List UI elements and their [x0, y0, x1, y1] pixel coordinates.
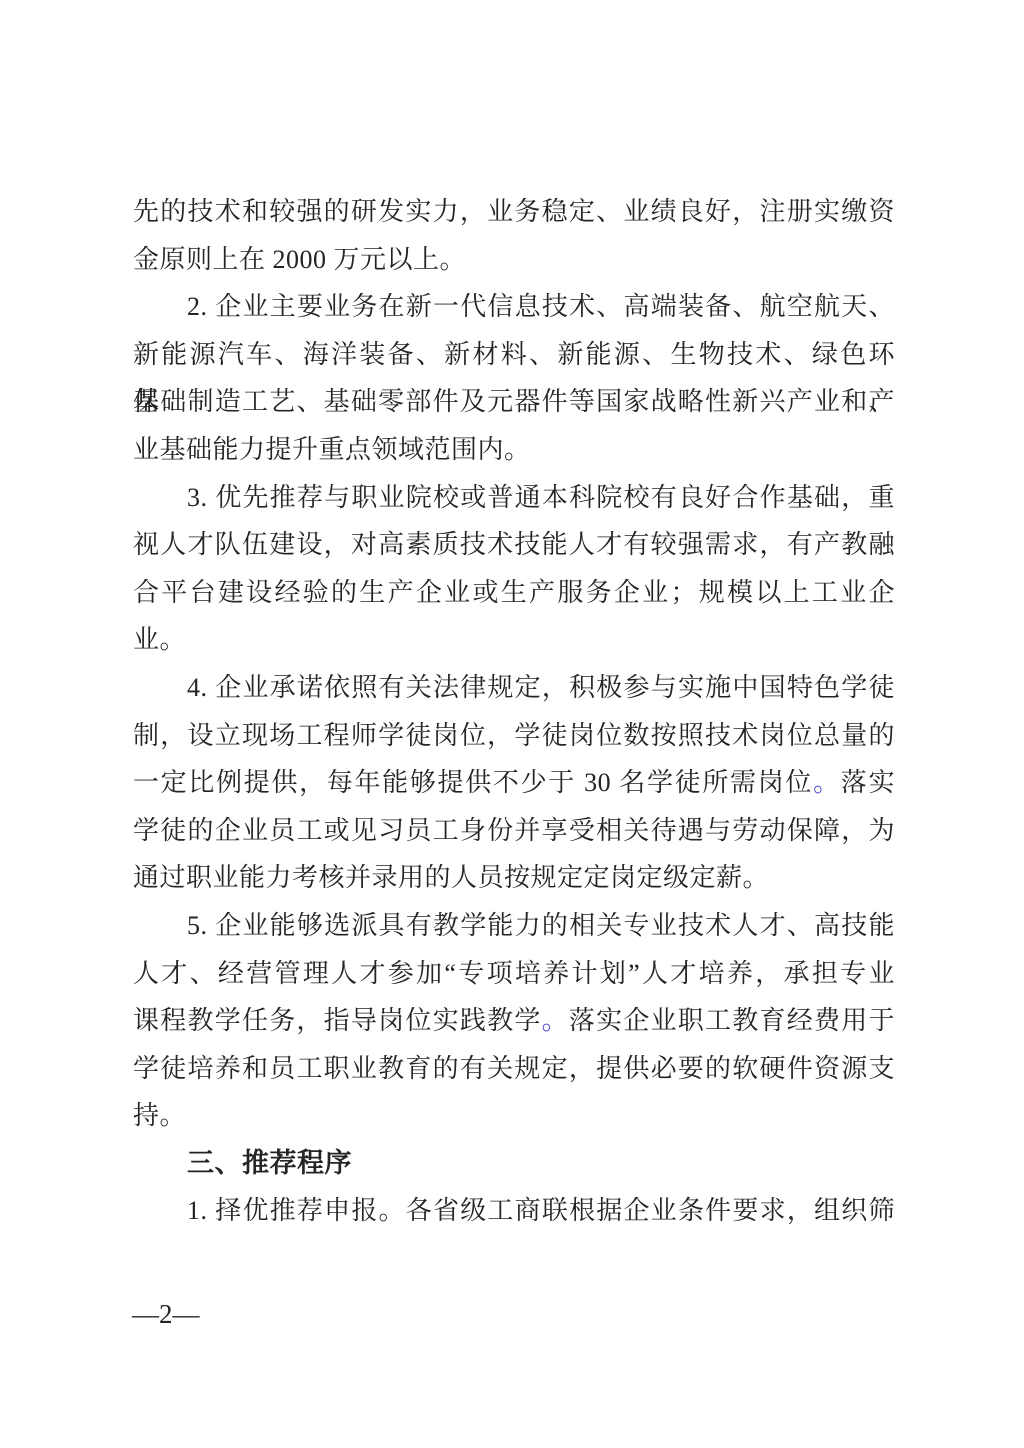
- text-run: 4. 企业承诺依照有关法律规定，积极参与实施中国特色学徒: [187, 673, 895, 702]
- paragraph-line: 先的技术和较强的研发实力，业务稳定、业绩良好，注册实缴资: [133, 188, 895, 236]
- text-run: 人才、经营管理人才参加“专项培养计划”人才培养，承担专业: [133, 959, 895, 988]
- paragraph-line: 人才、经营管理人才参加“专项培养计划”人才培养，承担专业: [133, 950, 895, 998]
- text-run: 1. 择优推荐申报。各省级工商联根据企业条件要求，组织筛: [187, 1196, 895, 1225]
- text-run: 一定比例提供，每年能够提供不少于 30 名学徒所需岗位: [133, 768, 813, 797]
- text-run: 2. 企业主要业务在新一代信息技术、高端装备、航空航天、: [187, 292, 895, 321]
- text-run: 落实企业职工教育经费用于: [569, 1006, 895, 1035]
- paragraph-line: 课程教学任务，指导岗位实践教学。落实企业职工教育经费用于: [133, 997, 895, 1045]
- document-body: 先的技术和较强的研发实力，业务稳定、业绩良好，注册实缴资金原则上在 2000 万…: [133, 188, 895, 1235]
- text-run: 制，设立现场工程师学徒岗位，学徒岗位数按照技术岗位总量的: [133, 721, 895, 750]
- paragraph-line: 学徒培养和员工职业教育的有关规定，提供必要的软硬件资源支: [133, 1045, 895, 1093]
- paragraph-line: 通过职业能力考核并录用的人员按规定定岗定级定薪。: [133, 854, 895, 902]
- text-run: 课程教学任务，指导岗位实践教学: [133, 1006, 542, 1035]
- paragraph-line: 2. 企业主要业务在新一代信息技术、高端装备、航空航天、: [133, 283, 895, 331]
- text-run: 5. 企业能够选派具有教学能力的相关专业技术人才、高技能: [187, 911, 895, 940]
- paragraph-line: 一定比例提供，每年能够提供不少于 30 名学徒所需岗位。落实: [133, 759, 895, 807]
- highlighted-punctuation: 。: [542, 1006, 569, 1035]
- paragraph-line: 持。: [133, 1092, 895, 1140]
- text-run: 持。: [133, 1101, 186, 1130]
- text-run: 3. 优先推荐与职业院校或普通本科院校有良好合作基础，重: [187, 483, 895, 512]
- paragraph-line: 学徒的企业员工或见习员工身份并享受相关待遇与劳动保障，为: [133, 807, 895, 855]
- text-run: 业基础能力提升重点领域范围内。: [133, 435, 531, 464]
- text-run: 视人才队伍建设，对高素质技术技能人才有较强需求，有产教融: [133, 530, 895, 559]
- text-run: 合平台建设经验的生产企业或生产服务企业；规模以上工业企: [133, 578, 895, 607]
- paragraph-line: 1. 择优推荐申报。各省级工商联根据企业条件要求，组织筛: [133, 1187, 895, 1235]
- paragraph-line: 3. 优先推荐与职业院校或普通本科院校有良好合作基础，重: [133, 474, 895, 522]
- paragraph-line: 视人才队伍建设，对高素质技术技能人才有较强需求，有产教融: [133, 521, 895, 569]
- text-run: 基础制造工艺、基础零部件及元器件等国家战略性新兴产业和产: [133, 387, 895, 416]
- paragraph-line: 基础制造工艺、基础零部件及元器件等国家战略性新兴产业和产: [133, 378, 895, 426]
- text-run: 业。: [133, 625, 186, 654]
- text-run: 金原则上在 2000 万元以上。: [133, 245, 466, 274]
- text-run: 学徒培养和员工职业教育的有关规定，提供必要的软硬件资源支: [133, 1054, 895, 1083]
- section-heading: 三、推荐程序: [133, 1140, 895, 1188]
- text-run: 三、推荐程序: [187, 1148, 352, 1178]
- paragraph-line: 业。: [133, 616, 895, 664]
- paragraph-line: 业基础能力提升重点领域范围内。: [133, 426, 895, 474]
- highlighted-punctuation: 。: [813, 768, 841, 797]
- text-run: 先的技术和较强的研发实力，业务稳定、业绩良好，注册实缴资: [133, 197, 895, 226]
- paragraph-line: 新能源汽车、海洋装备、新材料、新能源、生物技术、绿色环保、: [133, 331, 895, 379]
- paragraph-line: 金原则上在 2000 万元以上。: [133, 236, 895, 284]
- text-run: 通过职业能力考核并录用的人员按规定定岗定级定薪。: [133, 863, 769, 892]
- document-page: 先的技术和较强的研发实力，业务稳定、业绩良好，注册实缴资金原则上在 2000 万…: [0, 0, 1024, 1448]
- paragraph-line: 5. 企业能够选派具有教学能力的相关专业技术人才、高技能: [133, 902, 895, 950]
- paragraph-line: 4. 企业承诺依照有关法律规定，积极参与实施中国特色学徒: [133, 664, 895, 712]
- page-number: —2—: [132, 1290, 200, 1338]
- paragraph-line: 合平台建设经验的生产企业或生产服务企业；规模以上工业企: [133, 569, 895, 617]
- text-run: 落实: [841, 768, 895, 797]
- paragraph-line: 制，设立现场工程师学徒岗位，学徒岗位数按照技术岗位总量的: [133, 712, 895, 760]
- text-run: 学徒的企业员工或见习员工身份并享受相关待遇与劳动保障，为: [133, 816, 895, 845]
